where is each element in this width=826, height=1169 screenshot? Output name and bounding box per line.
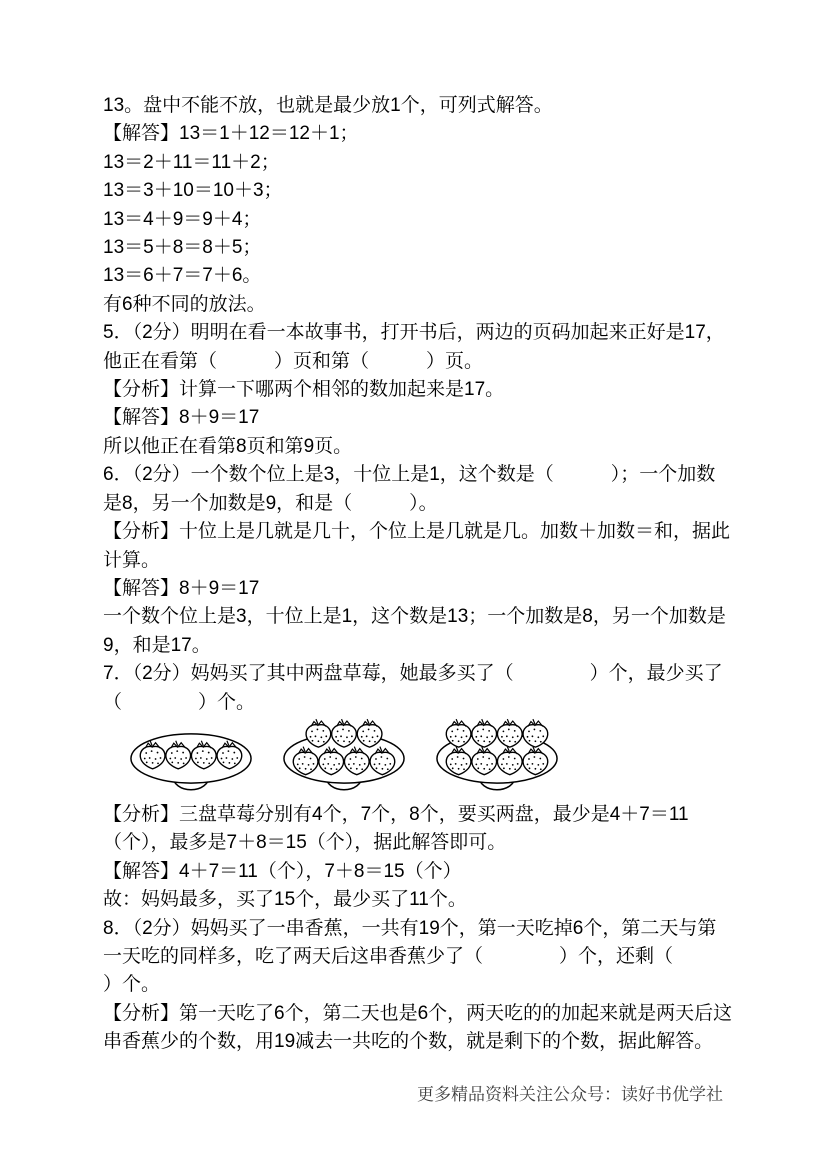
text-line: 7．（2分）妈妈买了其中两盘草莓，她最多买了（ ）个，最少买了 [103, 660, 723, 688]
strawberry-plate [128, 717, 254, 796]
text-line: 【解答】8＋9＝17 [103, 404, 723, 432]
text-line: 他正在看第（ ）页和第（ ）页。 [103, 348, 723, 376]
strawberry-plate [281, 717, 407, 796]
text-line: （ ）个。 [103, 689, 723, 717]
text-line: 13＝2＋11＝11＋2； [103, 149, 723, 177]
text-line: 【解答】8＋9＝17 [103, 575, 723, 603]
text-line: 13＝6＋7＝7＋6。 [103, 262, 723, 290]
text-line: 【分析】第一天吃了6个，第二天也是6个，两天吃的的加起来就是两天后这 [103, 1000, 723, 1028]
text-line: （个），最多是7＋8＝15（个），据此解答即可。 [103, 829, 723, 857]
text-line: 9，和是17。 [103, 632, 723, 660]
text-line: 故：妈妈最多，买了15个，最少买了11个。 [103, 886, 723, 914]
worksheet-page: 13。盘中不能不放，也就是最少放1个，可列式解答。【解答】13＝1＋12＝12＋… [0, 0, 826, 1169]
text-line: 【分析】十位上是几就是几十，个位上是几就是几。加数＋加数＝和，据此 [103, 518, 723, 546]
text-line: 一个数个位上是3，十位上是1，这个数是13；一个加数是8，另一个加数是 [103, 603, 723, 631]
strawberry-icon [446, 719, 471, 747]
strawberry-icon [523, 719, 548, 747]
document-body: 13。盘中不能不放，也就是最少放1个，可列式解答。【解答】13＝1＋12＝12＋… [0, 0, 826, 1057]
text-line: 【分析】计算一下哪两个相邻的数加起来是17。 [103, 376, 723, 404]
strawberry-icon [357, 719, 382, 747]
strawberry-plate [434, 717, 560, 796]
text-line: 【分析】三盘草莓分别有4个，7个，8个，要买两盘，最少是4＋7＝11 [103, 801, 723, 829]
text-line: 计算。 [103, 547, 723, 575]
footer-promo-text: 更多精品资料关注公众号：读好书优学社 [103, 1084, 723, 1106]
text-line: 是8，另一个加数是9，和是（ ）。 [103, 490, 723, 518]
text-line: 13＝5＋8＝8＋5； [103, 234, 723, 262]
text-line: 13＝4＋9＝9＋4； [103, 206, 723, 234]
text-line: 【解答】13＝1＋12＝12＋1； [103, 120, 723, 148]
text-line: 8．（2分）妈妈买了一串香蕉，一共有19个，第一天吃掉6个，第二天与第 [103, 915, 723, 943]
text-line: 一天吃的同样多，吃了两天后这串香蕉少了（ ）个，还剩（ [103, 943, 723, 971]
strawberry-icon [472, 719, 497, 747]
strawberry-icon [332, 719, 357, 747]
strawberry-icon [306, 719, 331, 747]
text-line: 13。盘中不能不放，也就是最少放1个，可列式解答。 [103, 92, 723, 120]
text-line: 有6种不同的放法。 [103, 291, 723, 319]
strawberry-plates-figure [128, 717, 723, 796]
text-line: 13＝3＋10＝10＋3； [103, 177, 723, 205]
text-line: 6．（2分）一个数个位上是3，十位上是1，这个数是（ ）；一个加数 [103, 461, 723, 489]
text-line: ）个。 [103, 971, 723, 999]
text-line: 5．（2分）明明在看一本故事书，打开书后，两边的页码加起来正好是17， [103, 319, 723, 347]
text-line: 【解答】4＋7＝11（个），7＋8＝15（个） [103, 858, 723, 886]
text-line: 串香蕉少的个数，用19减去一共吃的个数，就是剩下的个数，据此解答。 [103, 1028, 723, 1056]
strawberry-icon [497, 719, 522, 747]
text-line: 所以他正在看第8页和第9页。 [103, 433, 723, 461]
